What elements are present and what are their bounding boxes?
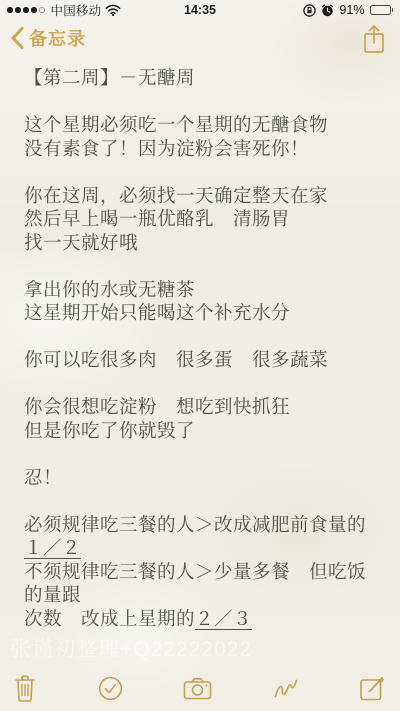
- share-button[interactable]: [361, 23, 387, 56]
- camera-button[interactable]: [183, 677, 212, 700]
- sketch-button[interactable]: [273, 677, 299, 699]
- notes-app-screen: 中国移动 14:35: [0, 0, 400, 711]
- bottom-toolbar: [0, 665, 400, 711]
- back-chevron-icon: [10, 26, 24, 50]
- nav-bar: 备忘录: [0, 20, 400, 60]
- watermark-text: 张谨初整理+Q22222022: [10, 633, 252, 663]
- status-bar: 中国移动 14:35: [0, 0, 400, 20]
- delete-note-button[interactable]: [13, 674, 37, 703]
- checklist-icon: [98, 676, 123, 701]
- camera-icon: [183, 677, 212, 700]
- cell-signal-dots: [7, 7, 45, 13]
- status-right: 91%: [303, 3, 393, 17]
- carrier-label: 中国移动: [51, 1, 102, 19]
- trash-icon: [13, 674, 37, 703]
- wifi-icon: [105, 4, 121, 16]
- compose-button[interactable]: [359, 674, 387, 702]
- share-icon: [361, 23, 387, 56]
- battery-icon: [370, 5, 394, 15]
- note-text-area[interactable]: 【第二周】－无醣周 这个星期必须吃一个星期的无醣食物 没有素食了！因为淀粉会害死…: [24, 66, 384, 630]
- back-button[interactable]: 备忘录: [10, 25, 86, 51]
- battery-percent-label: 91%: [339, 3, 364, 17]
- back-button-label: 备忘录: [29, 25, 86, 51]
- sketch-icon: [273, 677, 299, 699]
- orientation-lock-icon: [303, 4, 316, 17]
- checklist-button[interactable]: [98, 676, 123, 701]
- compose-icon: [359, 674, 387, 702]
- alarm-icon: [321, 4, 334, 17]
- status-left: 中国移动: [7, 1, 121, 19]
